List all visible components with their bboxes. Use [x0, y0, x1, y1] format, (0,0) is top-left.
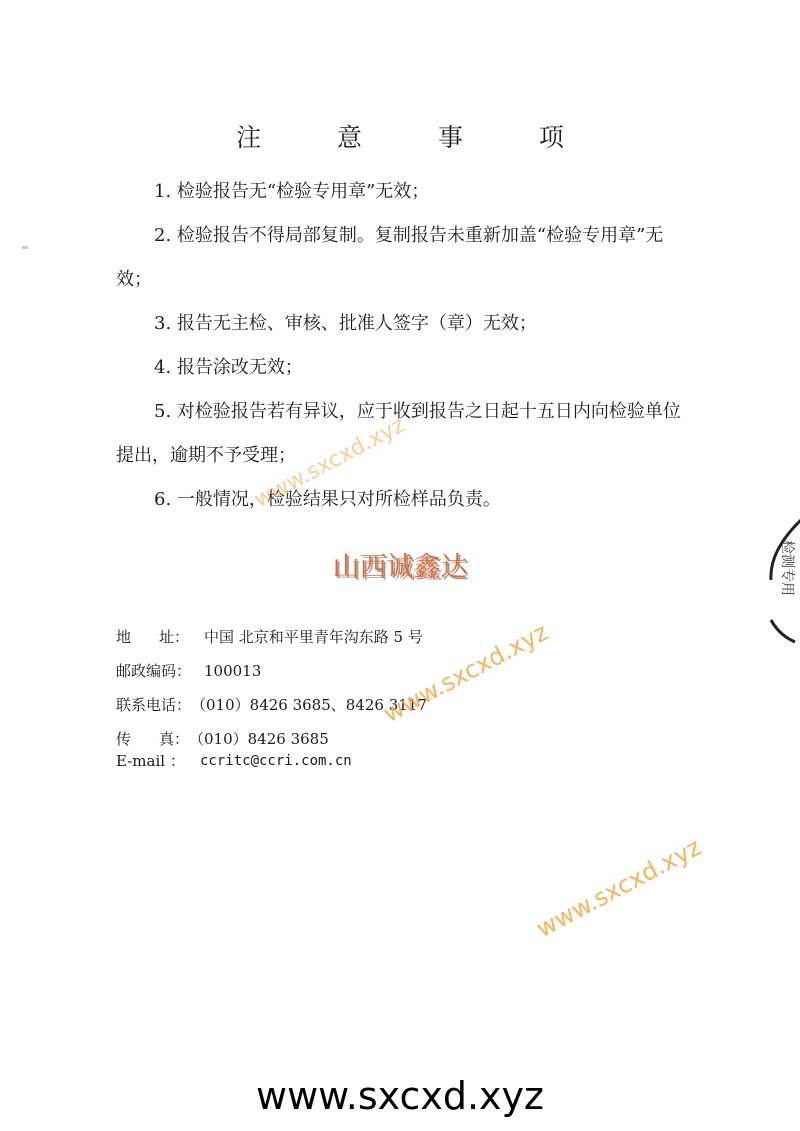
address-row: 地 址： 中国 北京和平里青年沟东路 5 号: [116, 626, 427, 660]
notice-item-4: 4. 报告涂改无效；: [116, 346, 686, 390]
email-value: ccritc@ccri.com.cn: [200, 750, 352, 772]
fax-value: （010）8426 3685: [189, 728, 329, 750]
fax-row: 传 真： （010）8426 3685: [116, 728, 427, 750]
company-logo-text: 山西诚鑫达: [0, 545, 800, 584]
inspection-stamp-partial: 检测专用: [765, 510, 800, 650]
postcode-label: 邮政编码：: [116, 660, 204, 694]
phone-label: 联系电话：: [116, 694, 191, 728]
fax-label: 传 真：: [116, 728, 189, 750]
fax-label-part: 传: [116, 728, 131, 750]
watermark-3: www.sxcxd.xyz: [532, 833, 706, 943]
notice-item-3: 3. 报告无主检、审核、批准人签字（章）无效；: [116, 302, 686, 346]
notice-item-1: 1. 检验报告无“检验专用章”无效；: [116, 170, 686, 214]
postcode-value: 100013: [204, 660, 261, 694]
notice-item-6: 6. 一般情况，检验结果只对所检样品负责。: [116, 478, 686, 522]
svg-text:检测专用: 检测专用: [779, 540, 796, 596]
address-value: 中国 北京和平里青年沟东路 5 号: [204, 626, 423, 660]
fax-label-part: 真：: [159, 728, 189, 750]
postcode-row: 邮政编码： 100013: [116, 660, 427, 694]
address-label: 地 址：: [116, 626, 189, 660]
contact-info: 地 址： 中国 北京和平里青年沟东路 5 号 邮政编码： 100013 联系电话…: [116, 626, 427, 772]
address-label-part: 址：: [159, 626, 189, 660]
address-label-part: 地: [116, 626, 131, 660]
email-row: E-mail ： ccritc@ccri.com.cn: [116, 750, 427, 772]
page-title: 注 意 事 项: [0, 118, 800, 154]
footer-url: www.sxcxd.xyz: [0, 1074, 800, 1118]
email-label: E-mail ：: [116, 750, 190, 772]
notice-item-2: 2. 检验报告不得局部复制。复制报告未重新加盖“检验专用章”无效；: [116, 214, 686, 302]
phone-row: 联系电话： （010）8426 3685、8426 3117: [116, 694, 427, 728]
notice-list: 1. 检验报告无“检验专用章”无效； 2. 检验报告不得局部复制。复制报告未重新…: [116, 170, 686, 522]
stamp-arc-icon: 检测专用: [765, 510, 800, 650]
scan-speck: [22, 246, 28, 249]
